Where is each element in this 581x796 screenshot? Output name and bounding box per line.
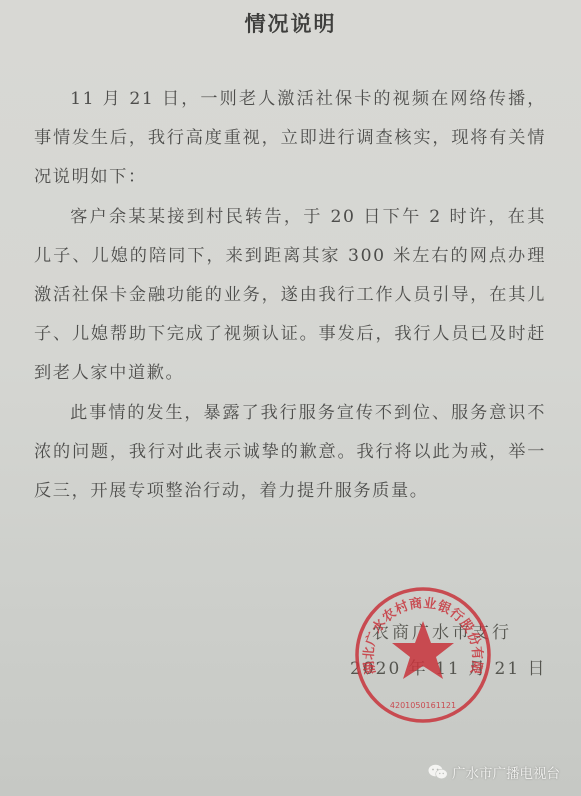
wechat-icon (428, 764, 448, 780)
seal-number: 4201050161121 (390, 701, 456, 710)
watermark: 广水市广播电视台 (428, 762, 560, 782)
official-seal-icon: 湖北广水农村商业银行股份有限公司广水市支行 4201050161121 (353, 585, 493, 725)
document-body: 11 月 21 日，一则老人激活社保卡的视频在网络传播，事情发生后，我行高度重视… (34, 80, 546, 511)
paragraph-3: 此事情的发生，暴露了我行服务宣传不到位、服务意识不浓的问题，我行对此表示诚挚的歉… (34, 394, 546, 512)
document-title: 情况说明 (0, 8, 581, 38)
star-icon (392, 621, 454, 679)
document-photo: 情况说明 11 月 21 日，一则老人激活社保卡的视频在网络传播，事情发生后，我… (0, 0, 581, 796)
paragraph-1: 11 月 21 日，一则老人激活社保卡的视频在网络传播，事情发生后，我行高度重视… (34, 80, 546, 198)
watermark-label: 广水市广播电视台 (452, 762, 560, 782)
paragraph-2: 客户余某某接到村民转告，于 20 日下午 2 时许，在其儿子、儿媳的陪同下，来到… (34, 198, 546, 394)
